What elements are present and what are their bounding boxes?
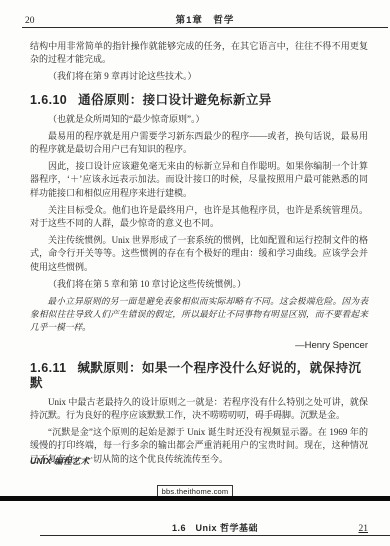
chapter-title: 第1章 哲学 [22,12,388,26]
section-number: 1.6.11 [30,361,66,375]
paragraph: 因此，接口设计应该避免毫无来由的标新立异和自作聪明。如果你编制一个计算器程序，‘… [30,160,368,200]
paragraph: 关注目标受众。他们也许是最终用户，也许是其他程序员，也许是系统管理员。对于这些不… [30,204,368,230]
paragraph-intro-continuation: 结构中用非常简单的指针操作就能够完成的任务，在其它语言中，往往不得不用更复杂的过… [30,40,368,66]
paragraph-least-surprise-note: （也就是众所周知的“最少惊奇原则”。） [30,113,368,126]
section-heading-1-6-11: 1.6.11缄默原则：如果一个程序没什么好说的，就保持沉默 [30,361,368,391]
page-20-body: 结构中用非常简单的指针操作就能够完成的任务，在其它语言中，往往不得不用更复杂的过… [0,28,390,466]
section-running-title: 1.6 Unix 哲学基础 [40,521,390,534]
paragraph: 关注传统惯例。Unix 世界形成了一套系统的惯例，比如配置和运行控制文件的格式，… [30,234,368,274]
page-21-header: 1.6 Unix 哲学基础 21 [40,522,390,536]
paragraph: Unix 中最古老最持久的设计原则之一就是：若程序没有什么特别之处可讲，就保持沉… [30,396,368,422]
page-divider-band [0,496,390,501]
book-title-footer: UNIX 编程艺术 [30,455,89,467]
section-title: 缄默原则：如果一个程序没什么好说的，就保持沉默 [30,361,361,390]
paragraph-note-chapters-5-10: （我们将在第 5 章和第 10 章讨论这些传统惯例。） [30,278,368,291]
quote-block: 最小立异原则的另一面是避免表象相似而实际却略有不同。这会极端危险。因为表象相似往… [30,295,368,335]
page-break-area: 1.6 Unix 哲学基础 21 [0,496,390,536]
section-title: 通俗原则：接口设计避免标新立异 [78,93,272,107]
page-number-21: 21 [359,524,369,534]
paragraph-note-chapter9: （我们将在第 9 章再讨论这些技术。） [30,70,368,83]
paragraph: 最易用的程序就是用户需要学习新东西最少的程序——或者，换句话说，最易用的程序就是… [30,130,368,156]
page-20-header: 20 第1章 哲学 [22,13,388,28]
quote-attribution: —Henry Spencer [30,339,368,352]
scanned-book-page: 20 第1章 哲学 结构中用非常简单的指针操作就能够完成的任务，在其它语言中，往… [0,13,390,466]
section-heading-1-6-10: 1.6.10通俗原则：接口设计避免标新立异 [30,93,368,108]
section-number: 1.6.10 [30,93,67,107]
